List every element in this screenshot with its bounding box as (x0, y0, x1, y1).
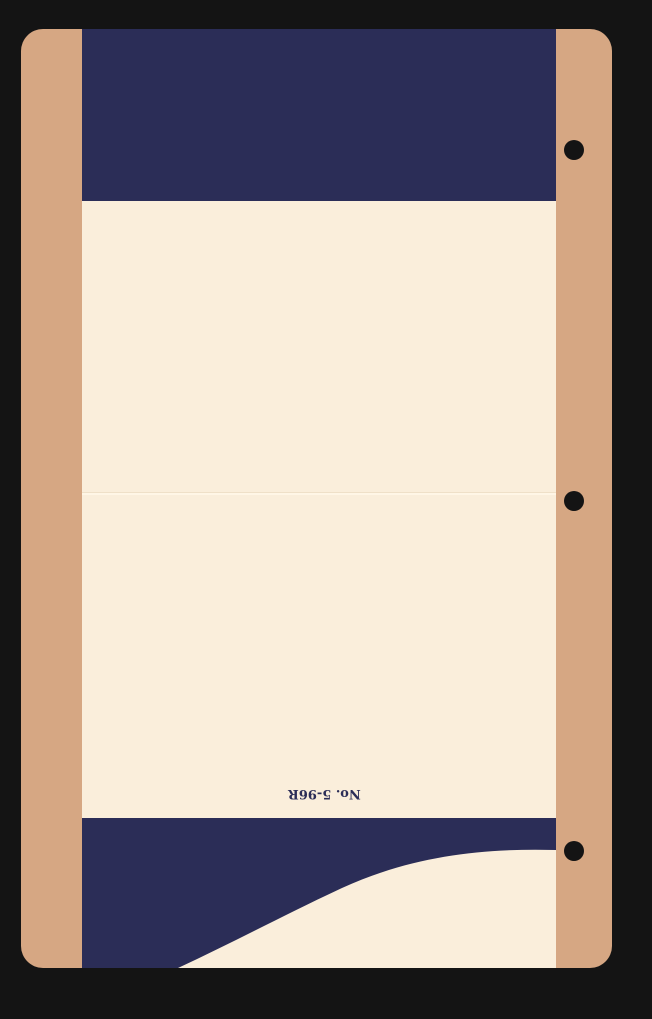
punch-hole-middle (564, 491, 584, 511)
punch-hole-top (564, 140, 584, 160)
form-number-label: No. 5-96R (82, 786, 556, 801)
bottom-navy-band (82, 818, 556, 968)
index-card: No. 5-96R (21, 29, 612, 968)
paper-panel: No. 5-96R (82, 29, 556, 968)
punch-hole-bottom (564, 841, 584, 861)
top-navy-band (82, 29, 556, 201)
fold-line (82, 492, 556, 495)
